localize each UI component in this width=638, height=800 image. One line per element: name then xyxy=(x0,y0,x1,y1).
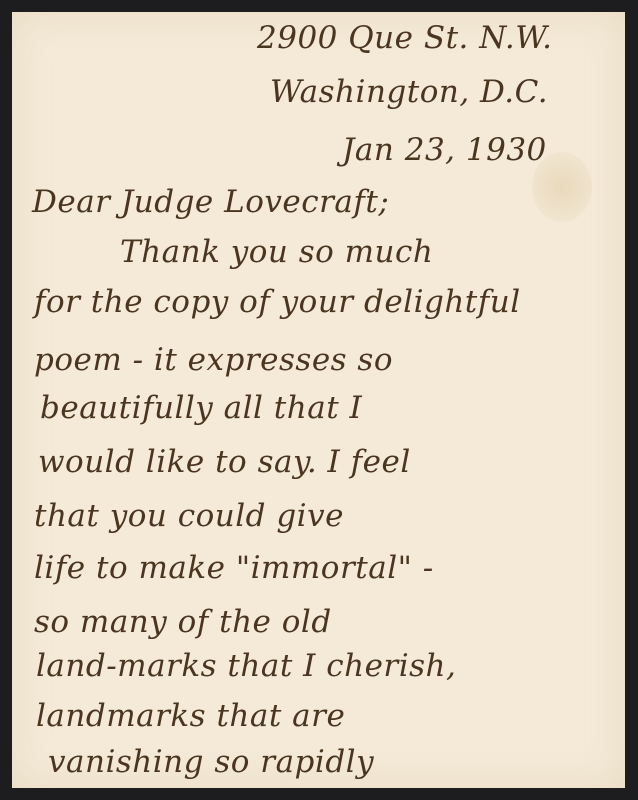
body-line: life to make "immortal" - xyxy=(34,550,434,586)
body-line: landmarks that are xyxy=(36,698,345,734)
body-line: for the copy of your delightful xyxy=(34,284,521,320)
body-line: vanishing so rapidly xyxy=(48,744,374,780)
body-line: beautifully all that I xyxy=(40,390,362,426)
address-line-2: Washington, D.C. xyxy=(270,74,548,110)
salutation: Dear Judge Lovecraft; xyxy=(32,184,389,220)
body-line: would like to say. I feel xyxy=(38,444,411,480)
letter-page: 2900 Que St. N.W. Washington, D.C. Jan 2… xyxy=(12,12,625,788)
body-line: poem - it expresses so xyxy=(34,342,393,378)
body-line: land-marks that I cherish, xyxy=(36,648,456,684)
body-line: Thank you so much xyxy=(120,234,433,270)
letter-date: Jan 23, 1930 xyxy=(342,132,547,168)
body-line: so many of the old xyxy=(34,604,332,640)
body-line: that you could give xyxy=(34,498,344,534)
address-line-1: 2900 Que St. N.W. xyxy=(257,20,553,56)
